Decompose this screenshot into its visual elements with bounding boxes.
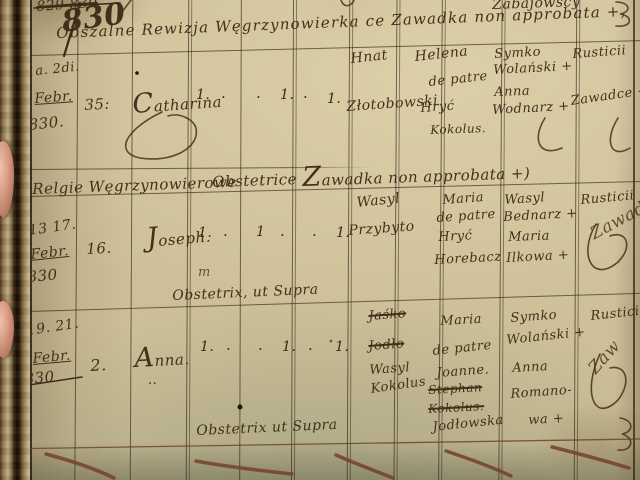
register-page-photo: 829 830 830 Obszalne Rewizja Węgrzynowie… [0, 0, 640, 480]
godparent-name: Symko [494, 46, 541, 61]
mother-surname: Jodłowska [432, 414, 504, 434]
tally-mark: · [280, 228, 285, 243]
name-mark: m [198, 266, 211, 279]
house-number: 2. [90, 357, 107, 374]
tally-mark: · [312, 228, 317, 243]
mother-name: Horebacz [434, 250, 502, 267]
father-name-struck: Jaśko [368, 307, 407, 323]
godparent-name: Romano- [510, 384, 573, 401]
father-name: Kokolus [370, 375, 427, 396]
column-rule [394, 0, 398, 480]
father-name-struck: Jodło [368, 337, 405, 352]
partial-stroke [341, 0, 354, 6]
row-rule [30, 40, 640, 56]
tally-mark: · [308, 342, 313, 357]
mother-name: Kokolus. [430, 122, 486, 136]
mother-name-struck: Stephan [428, 381, 482, 396]
godparent-name: Ilkowa + [506, 249, 570, 265]
entry-date-days: 19. 21. [26, 317, 80, 338]
bottom-rule-red [0, 439, 640, 449]
tally-mark: · [226, 342, 231, 357]
midwife-note: Obstetrix ut Supra [196, 418, 338, 438]
tally-mark: 1. [196, 88, 210, 102]
godparent-name: Anna [512, 360, 549, 375]
tally-mark: 1. [335, 340, 349, 354]
house-number: 16. [86, 241, 112, 257]
tally-mark: 1. [198, 226, 212, 240]
red-pen-stroke [446, 451, 511, 476]
tally-mark: · [223, 228, 228, 243]
origin-note: Zawadce + [570, 84, 640, 108]
tally-mark: 1. [280, 88, 294, 102]
godparent-name: Maria [508, 230, 550, 244]
mother-name: Maria [442, 191, 484, 207]
tally-mark: 1. [200, 340, 214, 354]
tally-mark: 1. [282, 340, 296, 354]
column-rule [130, 0, 134, 480]
godparent-flourish [538, 118, 562, 151]
entry-date-month: Febr. [30, 244, 70, 262]
column-rule [239, 0, 242, 480]
child-name: Anna. [134, 347, 190, 370]
section-note: Obstetrice [212, 172, 297, 190]
godparent-name: Bednarz + [503, 207, 578, 224]
father-name: Wasyl [369, 361, 410, 377]
godparent-name: Wasyl [504, 191, 545, 207]
entry-date-month: Febr. [32, 349, 71, 366]
mother-name: de patre [428, 70, 488, 89]
mother-name: Helena [414, 44, 469, 64]
godparent-name: Symko [510, 309, 558, 325]
name-mark: .. [148, 374, 157, 387]
origin-note: Rusticii [572, 44, 627, 61]
surname-note: Zabajowscy [492, 0, 581, 12]
tally-mark: 1. [327, 92, 341, 106]
red-pen-stroke [46, 454, 114, 478]
page-edge-rule [633, 0, 635, 480]
father-name: Hnat [350, 48, 388, 66]
flourish-three [618, 418, 631, 450]
column-rule [291, 0, 294, 480]
origin-flourish [610, 118, 630, 152]
father-name: Wasyl [356, 191, 401, 209]
father-name: Przybyto [348, 219, 415, 238]
entry-date-days: 13 17. [28, 217, 77, 237]
tally-mark: · [258, 342, 263, 357]
section-note: Relgie Węgrzynowierowe [32, 175, 237, 197]
godparent-name: Wolański + [493, 60, 573, 77]
mother-name: Hryć [438, 229, 473, 244]
entry-date-year: 830. [28, 114, 65, 133]
red-pen-stroke [196, 461, 292, 474]
mother-name: Hryć [420, 100, 455, 115]
midwife-note: Obstetrix, ut Supra [172, 283, 319, 303]
tally-mark: · [256, 90, 261, 105]
mother-name: de patre [432, 339, 492, 358]
godparent-name: Wodnarz + [492, 100, 570, 117]
red-pen-stroke [336, 455, 393, 478]
house-number: 35: [84, 97, 110, 113]
red-pen-stroke [552, 447, 629, 468]
entry-date-days: 1a. 2di. [26, 60, 80, 78]
entry-date-month: Febr. [34, 89, 73, 106]
mother-name-struck: Kokolus. [428, 400, 484, 415]
mother-name: de patre [436, 208, 496, 225]
godparent-name: wa + [528, 412, 565, 427]
tally-mark: · [303, 90, 308, 105]
column-rule [574, 0, 578, 480]
tally-mark: 1 [256, 225, 265, 239]
mother-name: Maria [440, 313, 482, 328]
origin-note: Zaw [586, 338, 624, 378]
tally-mark: · [221, 90, 226, 105]
binding-texture [0, 0, 30, 480]
ink-blot [330, 340, 333, 343]
entry-date-year: 830 [27, 267, 58, 285]
ink-blot [135, 71, 139, 75]
mother-name: Joanne. [436, 363, 490, 380]
godparent-name: Anna [494, 85, 530, 99]
